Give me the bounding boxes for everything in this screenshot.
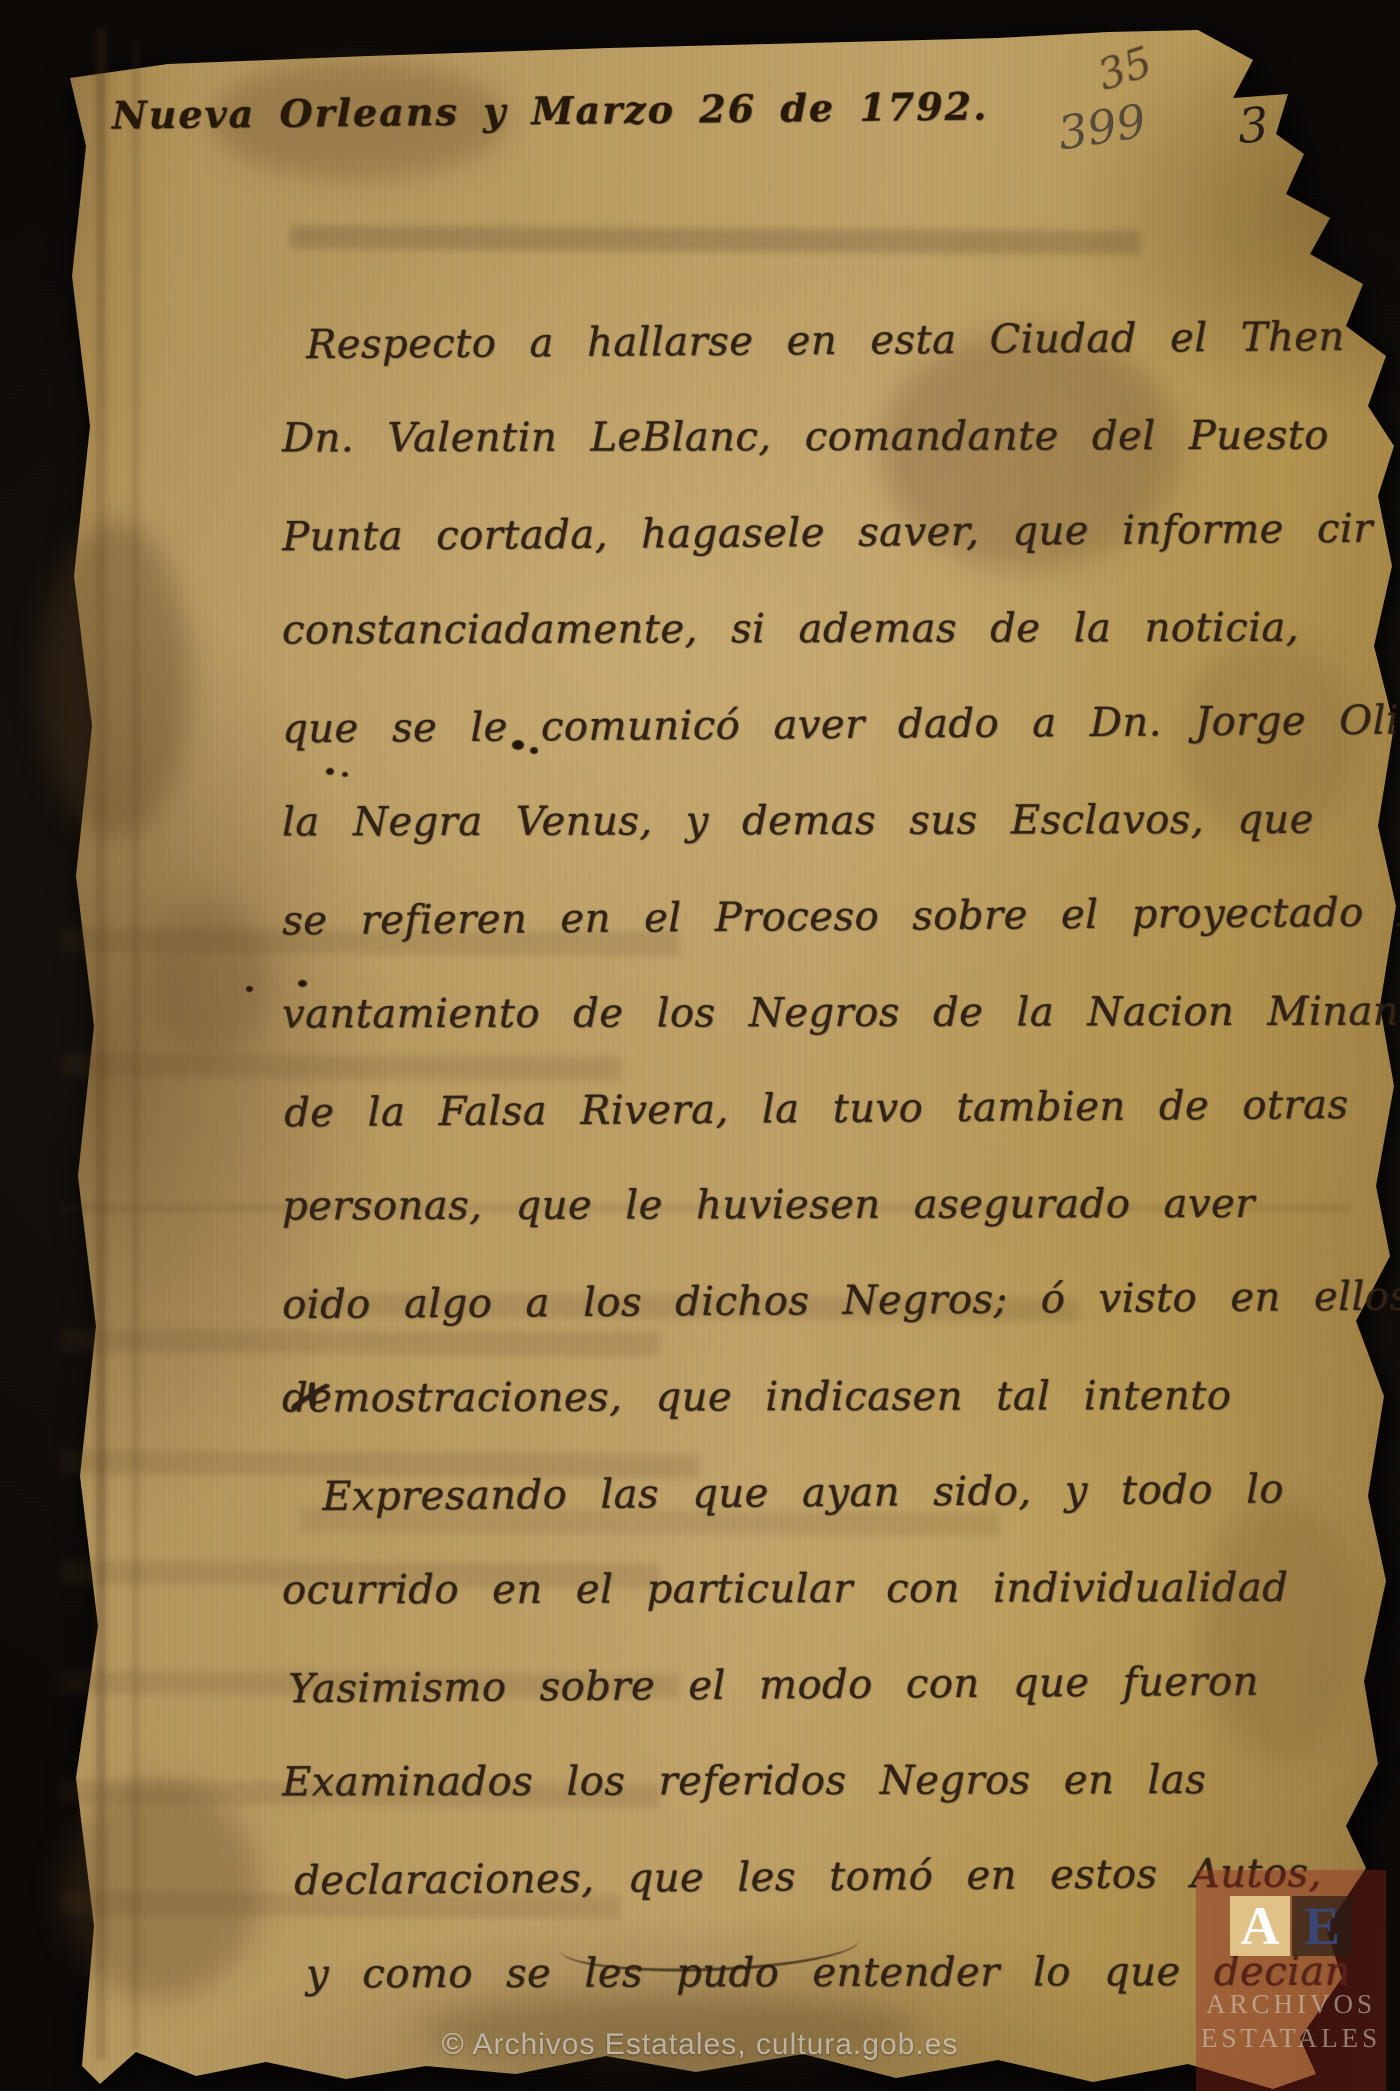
manuscript-line: se refieren en el Proceso sobre el proye… <box>282 840 1378 945</box>
ink-blot <box>246 986 253 992</box>
manuscript-line: que se le comunicó aver dado a Dn. Jorge… <box>282 648 1378 753</box>
manuscript-line: de la Falsa Rivera, la tuvo tambien de o… <box>282 1032 1378 1137</box>
stain <box>40 520 190 840</box>
stain <box>150 900 270 1060</box>
stain <box>60 1780 260 2000</box>
dateline-heading: Nueva Orleans y Marzo 26 de 1792. <box>112 83 989 137</box>
logo-letter-squares: A E <box>1230 1896 1352 1956</box>
logo-wordmark-line1: ARCHIVOS <box>1196 1988 1386 2022</box>
document-scan: 35 399 3 Nueva Orleans y Marzo 26 de 179… <box>0 0 1400 2091</box>
manuscript-line: personas, que le huviesen asegurado aver <box>282 1131 1377 1230</box>
manuscript-line: Respecto a hallarse en esta Ciudad el Th… <box>282 264 1378 369</box>
logo-letter-e: E <box>1292 1896 1352 1956</box>
manuscript-line: Expresando las que ayan sido, y todo lo <box>282 1416 1378 1521</box>
fold-crease <box>96 30 106 2060</box>
manuscript-line: Dn. Valentin LeBlanc, comandante del Pue… <box>282 363 1377 462</box>
manuscript-line: ocurrido en el particular con individual… <box>282 1515 1377 1614</box>
fold-crease <box>132 40 139 2050</box>
manuscript-line: demostraciones, que indicasen tal intent… <box>282 1323 1377 1422</box>
manuscript-line: Yasimismo sobre el modo con que fueron <box>282 1608 1378 1713</box>
copyright-watermark: © Archivos Estatales, cultura.gob.es <box>0 2028 1400 2062</box>
ink-folio-number: 3 <box>1236 97 1270 155</box>
manuscript-line: constanciadamente, si ademas de la notic… <box>282 555 1377 654</box>
manuscript-line: vantamiento de los Negros de la Nacion M… <box>282 939 1377 1038</box>
manuscript-line: la Negra Venus, y demas sus Esclavos, qu… <box>282 747 1377 846</box>
manuscript-body: Respecto a hallarse en esta Ciudad el Th… <box>282 268 1377 1996</box>
manuscript-line: Punta cortada, hagasele saver, que infor… <box>282 456 1378 561</box>
manuscript-line: oido algo a los dichos Negros; ó visto e… <box>282 1224 1378 1329</box>
logo-letter-a: A <box>1230 1896 1290 1956</box>
manuscript-line: Examinados los referidos Negros en las <box>282 1707 1377 1806</box>
